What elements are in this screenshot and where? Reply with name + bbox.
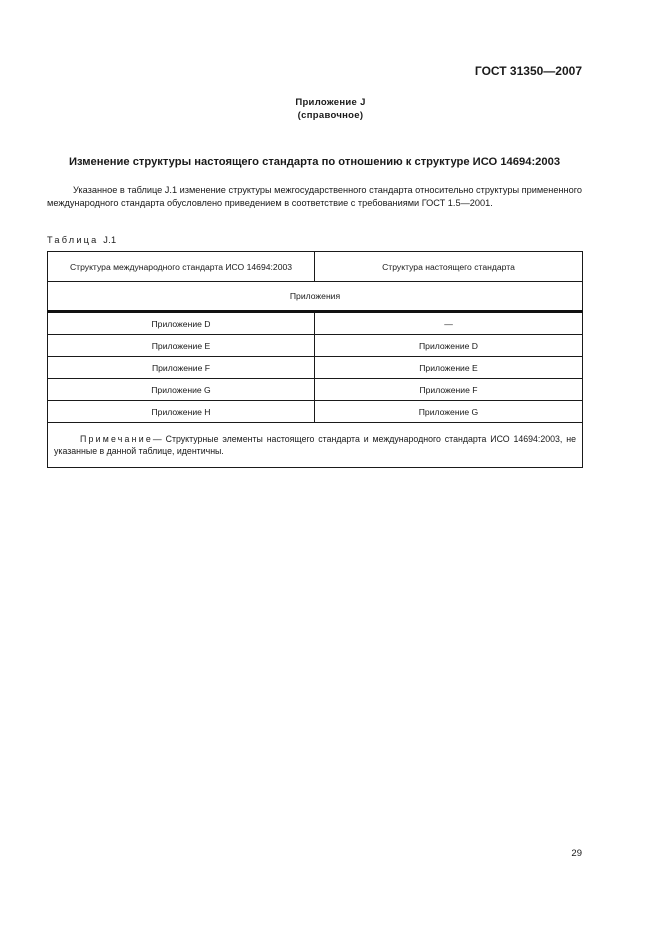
table-row: Приложение F Приложение E xyxy=(48,357,583,379)
intro-paragraph: Указанное в таблице J.1 изменение структ… xyxy=(47,184,582,210)
cell-iso: Приложение F xyxy=(48,357,315,379)
cell-iso: Приложение D xyxy=(48,312,315,335)
column-header-gost: Структура настоящего стандарта xyxy=(315,252,583,282)
note-label: Примечание xyxy=(80,434,153,444)
table-header-row: Структура международного стандарта ИСО 1… xyxy=(48,252,583,282)
table-row: Приложение G Приложение F xyxy=(48,379,583,401)
appendix-title: Приложение J xyxy=(0,97,661,108)
intro-paragraph-text: Указанное в таблице J.1 изменение структ… xyxy=(47,185,582,208)
appendix-type: (справочное) xyxy=(0,110,661,121)
table-note: Примечание— Структурные элементы настоящ… xyxy=(48,423,583,468)
cell-gost: Приложение D xyxy=(315,335,583,357)
cell-iso: Приложение H xyxy=(48,401,315,423)
table-note-row: Примечание— Структурные элементы настоящ… xyxy=(48,423,583,468)
cell-iso: Приложение G xyxy=(48,379,315,401)
table-label-word: Таблица xyxy=(47,235,98,245)
cell-gost: — xyxy=(315,312,583,335)
structure-comparison-table: Структура международного стандарта ИСО 1… xyxy=(47,251,583,468)
column-header-iso: Структура международного стандарта ИСО 1… xyxy=(48,252,315,282)
section-heading: Изменение структуры настоящего стандарта… xyxy=(47,156,582,168)
table-row: Приложение E Приложение D xyxy=(48,335,583,357)
document-id: ГОСТ 31350—2007 xyxy=(470,64,582,78)
section-row-label: Приложения xyxy=(48,282,583,312)
cell-gost: Приложение E xyxy=(315,357,583,379)
cell-gost: Приложение G xyxy=(315,401,583,423)
cell-iso: Приложение E xyxy=(48,335,315,357)
table-section-row: Приложения xyxy=(48,282,583,312)
page-number: 29 xyxy=(560,848,582,859)
cell-gost: Приложение F xyxy=(315,379,583,401)
table-label: Таблица J.1 xyxy=(47,235,116,245)
table-row: Приложение H Приложение G xyxy=(48,401,583,423)
table-label-number: J.1 xyxy=(103,235,116,245)
table-row: Приложение D — xyxy=(48,312,583,335)
